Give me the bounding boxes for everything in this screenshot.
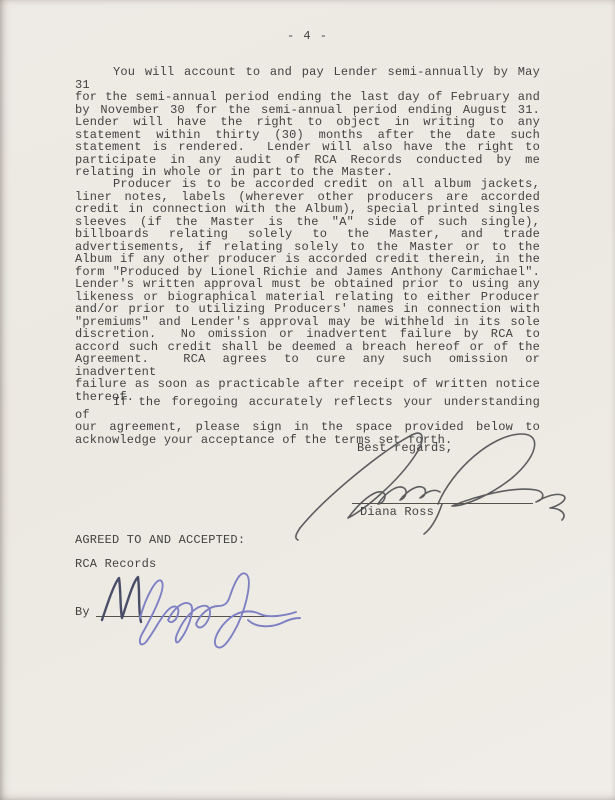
text-line: and/or prior to utilizing Producers' nam… bbox=[75, 303, 540, 316]
text-line: You will account to and pay Lender semi-… bbox=[75, 66, 540, 91]
diana-ross-signature-icon bbox=[292, 430, 582, 542]
text-line: billboards relating solely to the Master… bbox=[75, 228, 540, 241]
text-line: discretion. No omission or inadvertent f… bbox=[75, 328, 540, 341]
text-line: statement is rendered. Lender will also … bbox=[75, 141, 540, 154]
page-number: - 4 - bbox=[0, 30, 615, 43]
signature-rule bbox=[352, 503, 533, 504]
paragraph-accounting-terms: You will account to and pay Lender semi-… bbox=[75, 66, 540, 179]
text-line: Lender's written approval must be obtain… bbox=[75, 278, 540, 291]
scanned-contract-page: - 4 - You will account to and pay Lender… bbox=[0, 0, 615, 800]
text-line: Album if any other producer is accorded … bbox=[75, 253, 540, 266]
text-line: Producer is to be accorded credit on all… bbox=[75, 178, 540, 191]
text-line: failure as soon as practicable after rec… bbox=[75, 378, 540, 391]
text-line: credit in connection with the Album), sp… bbox=[75, 203, 540, 216]
signer-typed-name: Diana Ross bbox=[360, 506, 434, 519]
text-line: If the foregoing accurately reflects you… bbox=[75, 396, 540, 421]
text-line: Agreement. RCA agrees to cure any such o… bbox=[75, 353, 540, 378]
text-line: for the semi-annual period ending the la… bbox=[75, 91, 540, 104]
acceptance-heading: AGREED TO AND ACCEPTED: bbox=[75, 534, 245, 547]
text-line: Lender will have the right to object in … bbox=[75, 116, 540, 129]
rca-representative-signature-icon bbox=[88, 568, 308, 663]
paragraph-producer-credit-terms: Producer is to be accorded credit on all… bbox=[75, 178, 540, 403]
